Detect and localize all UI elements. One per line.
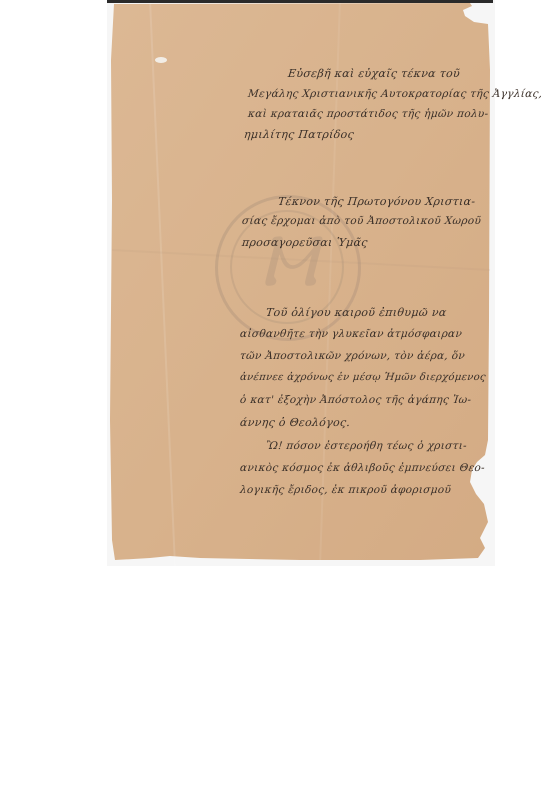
text-line: αἰσθανθῆτε τὴν γλυκεῖαν ἀτμόσφαιραν bbox=[239, 328, 462, 340]
seal-monogram: Ⲙ bbox=[218, 218, 358, 304]
text-line: ημιλίτης Πατρίδος bbox=[243, 128, 354, 141]
scan-top-edge bbox=[107, 0, 493, 3]
text-line: Μεγάλης Χριστιανικῆς Αυτοκρατορίας τῆς Ἀ… bbox=[247, 88, 543, 100]
text-line: Εὐσεβῆ καὶ εὐχαῖς τέκνα τοῦ bbox=[287, 67, 460, 80]
text-line: λογικῆς ἔριδος, ἐκ πικροῦ ἀφορισμοῦ bbox=[239, 484, 451, 496]
text-line: καὶ κραταιᾶς προστάτιδος τῆς ἡμῶν πολυ- bbox=[247, 108, 489, 120]
text-line: ανικὸς κόσμος ἐκ ἀθλιβοῦς ἐμπνεύσει Θεο- bbox=[239, 462, 485, 474]
text-line: προσαγορεῦσαι Ὑμᾶς bbox=[241, 236, 368, 249]
text-line: Τοῦ ὀλίγου καιροῦ ἐπιθυμῶ να bbox=[265, 306, 447, 319]
text-line: ἀνέπνεε ἀχρόνως ἐν μέσῳ Ἡμῶν διερχόμενος bbox=[239, 372, 486, 383]
text-line: τῶν Ἀποστολικῶν χρόνων, τὸν ἀέρα, ὅν bbox=[239, 350, 465, 362]
text-line: σίας ἔρχομαι ἀπὸ τοῦ Ἀποστολικοῦ Χωροῦ bbox=[241, 215, 481, 227]
text-line: άννης ὁ Θεολόγος. bbox=[239, 416, 351, 429]
text-line: ὁ κατ' ἐξοχὴν Ἀπόστολος τῆς ἀγάπης Ἰω- bbox=[239, 394, 472, 406]
text-line: Τέκνον τῆς Πρωτογόνου Χριστια- bbox=[277, 195, 476, 208]
text-line: Ὢ! πόσον ἐστεροήθη τέως ὁ χριστι- bbox=[265, 440, 467, 452]
